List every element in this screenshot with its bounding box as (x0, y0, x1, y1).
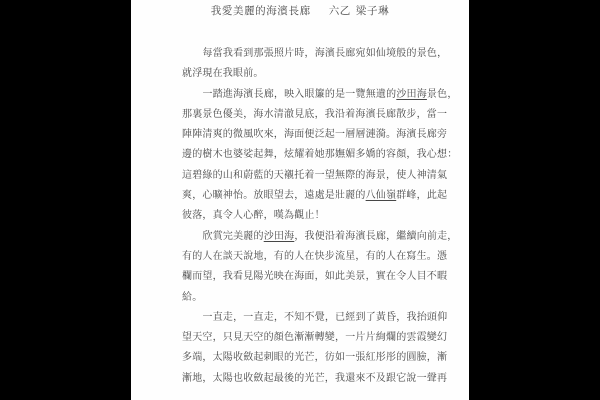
text-segment: 群峰，此起 (396, 190, 447, 201)
text-segment: 一直走，一直走，不知不覺，已經到了黃昏，我抬頭仰 (203, 312, 448, 323)
text-line: 欄而望，我看見陽光映在海面，如此美景，實在令人目不暇 (182, 267, 452, 287)
letterbox-left (0, 0, 131, 400)
text-segment: ，我便沿着海濱長廊，繼續向前走， (294, 231, 457, 242)
text-line: 陣陣清爽的微風吹來，海面便泛起一層層漣漪。海濱長廊旁 (182, 125, 452, 145)
proper-noun-underlined: 沙田海 (264, 231, 295, 242)
proper-noun-underlined: 八仙嶺 (366, 190, 397, 201)
text-segment: 陣陣清爽的微風吹來，海面便泛起一層層漣漪。海濱長廊旁 (182, 129, 447, 140)
text-segment: 爽，心曠神怡。放眼望去，遠處是壯麗的 (182, 190, 366, 201)
text-segment: 每當我看到那張照片時，海濱長廊宛如仙境般的景色， (203, 48, 448, 59)
text-line: 邊的樹木也婆娑起舞，炫耀着她那嫵媚多嬌的容顏，我心想： (182, 145, 452, 165)
text-segment: 欄而望，我看見陽光映在海面，如此美景，實在令人目不暇 (182, 271, 447, 282)
text-line: 望天空，只見天空的顏色漸漸轉變，一片片絢爛的雲霞變幻 (182, 328, 452, 348)
text-line: 有的人在談天說地，有的人在快步流星，有的人在寫生。憑 (182, 247, 452, 267)
title-text: 我愛美麗的海濱長廊 (211, 6, 311, 17)
essay-body: 每當我看到那張照片時，海濱長廊宛如仙境般的景色，就浮現在我眼前。一踏進海濱長廊，… (182, 44, 452, 389)
text-segment: 多端，太陽收斂起刺眼的光芒，彷如一張紅彤彤的圓臉，漸 (182, 352, 447, 363)
text-segment: 就浮現在我眼前。 (182, 68, 264, 79)
text-line: 漸地，太陽也收斂起最後的光芒，我還來不及跟它說一聲再 (182, 369, 452, 389)
text-line: 這碧綠的山和蔚藍的天襯托着一望無際的海景，使人神清氣 (182, 166, 452, 186)
text-segment: 這碧綠的山和蔚藍的天襯托着一望無際的海景，使人神清氣 (182, 170, 447, 181)
text-line: 一踏進海濱長廊，映入眼簾的是一覽無遺的沙田海景色， (182, 85, 452, 105)
title-class: 六乙 (329, 6, 351, 17)
text-segment: 望天空，只見天空的顏色漸漸轉變，一片片絢爛的雲霞變幻 (182, 332, 447, 343)
text-line: 多端，太陽收斂起刺眼的光芒，彷如一張紅彤彤的圓臉，漸 (182, 348, 452, 368)
text-segment: 那裏景色優美，海水清澈見底，我沿着海濱長廊散步，當一 (182, 109, 447, 120)
text-line: 彼落，真令人心醉，嘆為觀止！ (182, 206, 452, 226)
text-segment: 景色， (427, 89, 458, 100)
text-line: 就浮現在我眼前。 (182, 64, 452, 84)
screenshot-canvas: 我愛美麗的海濱長廊六乙梁子琳 每當我看到那張照片時，海濱長廊宛如仙境般的景色，就… (0, 0, 600, 400)
text-line: 一直走，一直走，不知不覺，已經到了黃昏，我抬頭仰 (182, 308, 452, 328)
letterbox-right (469, 0, 600, 400)
text-segment: 一踏進海濱長廊，映入眼簾的是一覽無遺的 (203, 89, 397, 100)
document-title: 我愛美麗的海濱長廊六乙梁子琳 (131, 3, 469, 18)
text-segment: 給。 (182, 292, 202, 303)
title-author: 梁子琳 (356, 6, 389, 17)
text-segment: 欣賞完美麗的 (203, 231, 264, 242)
text-segment: 漸地，太陽也收斂起最後的光芒，我還來不及跟它說一聲再 (182, 373, 447, 384)
document-page: 我愛美麗的海濱長廊六乙梁子琳 每當我看到那張照片時，海濱長廊宛如仙境般的景色，就… (131, 0, 469, 400)
proper-noun-underlined: 沙田海 (396, 89, 427, 100)
text-segment: 有的人在談天說地，有的人在快步流星，有的人在寫生。憑 (182, 251, 447, 262)
text-line: 爽，心曠神怡。放眼望去，遠處是壯麗的八仙嶺群峰，此起 (182, 186, 452, 206)
text-line: 每當我看到那張照片時，海濱長廊宛如仙境般的景色， (182, 44, 452, 64)
text-line: 欣賞完美麗的沙田海，我便沿着海濱長廊，繼續向前走， (182, 227, 452, 247)
text-line: 那裏景色優美，海水清澈見底，我沿着海濱長廊散步，當一 (182, 105, 452, 125)
text-segment: 彼落，真令人心醉，嘆為觀止！ (182, 210, 325, 221)
text-line: 給。 (182, 288, 452, 308)
text-segment: 邊的樹木也婆娑起舞，炫耀着她那嫵媚多嬌的容顏，我心想： (182, 149, 457, 160)
